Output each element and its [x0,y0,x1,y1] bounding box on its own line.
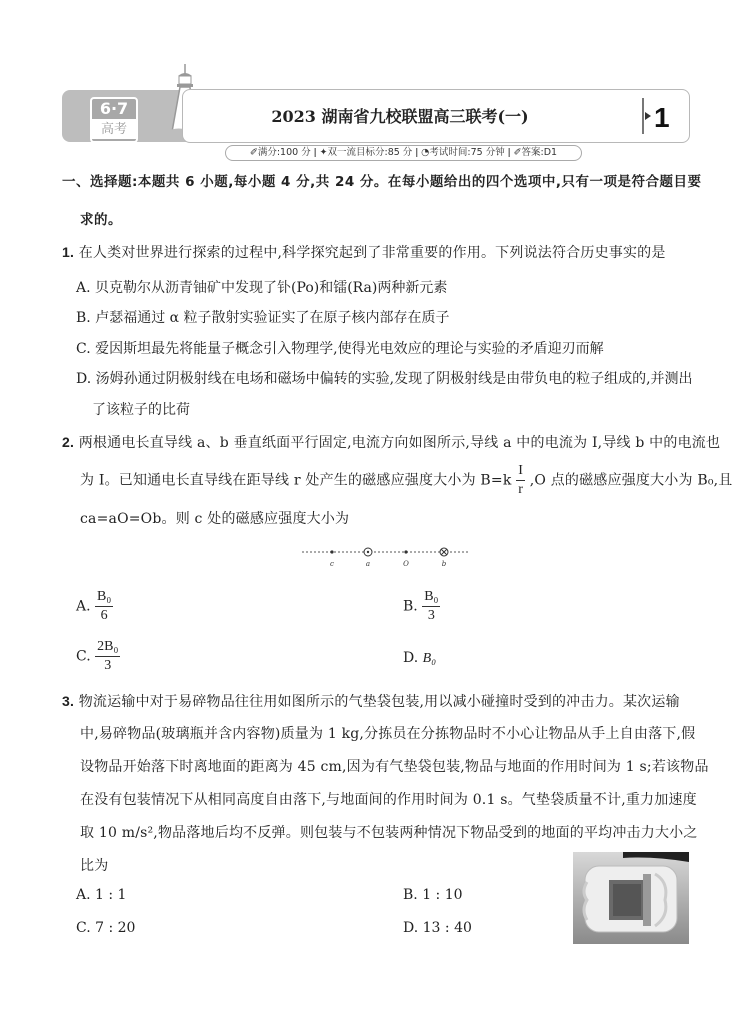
option-label: A. [76,887,91,903]
option-fraction: B₀ 3 [422,588,440,625]
option-text: 卢瑟福通过 α 粒子散射实验证实了在原子核内部存在质子 [95,310,449,326]
section-heading-cont: 求的。 [80,208,122,228]
question-2: 2. 两根通电长直导线 a、b 垂直纸面平行固定,电流方向如图所示,导线 a 中… [62,432,720,452]
option-text: B₀ [423,651,436,666]
arrow-right-icon [645,112,651,120]
logo-badge: 6·7 高考 [90,97,138,143]
q3-option-b[interactable]: B. 1 : 10 [403,887,463,903]
stem-text: ,O 点的磁感应强度大小为 B₀,且 [530,473,733,489]
frac-den: 3 [95,657,120,675]
question-number: 1. [62,244,74,260]
option-label: C. [76,341,91,357]
logo-text: 高考 [92,121,136,139]
option-label: A. [76,280,91,296]
question-3-line5: 取 10 m/s²,物品落地后均不反弹。则包装与不包装两种情况下物品受到的地面的… [80,822,698,842]
option-label: A. [76,599,91,615]
q1-option-b[interactable]: B. 卢瑟福通过 α 粒子散射实验证实了在原子核内部存在质子 [76,307,450,327]
stem-text: 为 I。已知通电长直导线在距导线 r 处产生的磁感应强度大小为 B=k [80,473,512,489]
q1-option-d-cont: 了该粒子的比荷 [92,399,190,419]
option-label: C. [76,920,91,936]
question-3: 3. 物流运输中对于易碎物品往往用如图所示的气垫袋包装,用以减小碰撞时受到的冲击… [62,691,680,711]
question-3-line4: 在没有包装情况下从相同高度自由落下,与地面间的作用时间为 0.1 s。气垫袋质量… [80,789,697,809]
option-text: 爱因斯坦最先将能量子概念引入物理学,使得光电效应的理论与实验的矛盾迎刃而解 [95,341,603,357]
q2-option-a[interactable]: A. B₀ 6 [76,588,113,625]
option-label: B. [403,599,418,615]
q3-option-d[interactable]: D. 13 : 40 [403,920,472,936]
header-divider [642,98,644,134]
q2-option-c[interactable]: C. 2B₀ 3 [76,638,120,675]
frac-num: I [516,462,525,481]
option-fraction: B₀ 6 [95,588,113,625]
q3-option-a[interactable]: A. 1 : 1 [76,887,126,903]
logo-number: 6·7 [92,99,136,121]
frac-den: 3 [422,607,440,625]
option-text: 7 : 20 [95,920,135,936]
question-3-line2: 中,易碎物品(玻璃瓶并含内容物)质量为 1 kg,分拣员在分拣物品时不小心让物品… [80,723,695,743]
frac-den: r [516,481,525,499]
question-stem: 两根通电长直导线 a、b 垂直纸面平行固定,电流方向如图所示,导线 a 中的电流… [79,435,720,451]
diagram-label-O: O [403,560,409,568]
question-2-line2: 为 I。已知通电长直导线在距导线 r 处产生的磁感应强度大小为 B=k I r … [80,462,733,499]
option-label: D. [403,920,418,936]
frac-num: B₀ [422,588,440,607]
question-number: 3. [62,693,74,709]
diagram-label-c: c [330,560,334,568]
question-stem: 在人类对世界进行探索的过程中,科学探究起到了非常重要的作用。下列说法符合历史事实… [79,245,666,261]
option-fraction: 2B₀ 3 [95,638,120,675]
fraction-I-over-r: I r [516,462,525,499]
option-label: D. [403,650,418,666]
page-number: 1 [654,102,670,134]
exam-meta-bar: ✐满分:100 分 ǀ ✦双一流目标分:85 分 ǀ ◔考试时间:75 分钟 ǀ… [225,145,582,161]
diagram-label-a: a [366,560,370,568]
q2-option-d[interactable]: D. B₀ [403,650,436,667]
q2-option-b[interactable]: B. B₀ 3 [403,588,440,625]
question-3-line6: 比为 [80,855,108,875]
frac-num: B₀ [95,588,113,607]
option-label: D. [76,371,91,387]
question-1: 1. 在人类对世界进行探索的过程中,科学探究起到了非常重要的作用。下列说法符合历… [62,242,666,262]
q1-option-a[interactable]: A. 贝克勒尔从沥青铀矿中发现了钋(Po)和镭(Ra)两种新元素 [76,277,447,297]
option-label: C. [76,649,91,665]
air-cushion-bottle-photo [573,852,689,944]
frac-den: 6 [95,607,113,625]
section-heading: 一、选择题:本题共 6 小题,每小题 4 分,共 24 分。在每小题给出的四个选… [62,170,702,190]
option-text: 13 : 40 [423,920,472,936]
question-3-line3: 设物品开始落下时离地面的距离为 45 cm,因为有气垫袋包装,物品与地面的作用时… [80,756,709,776]
option-text: 1 : 1 [95,887,126,903]
q3-option-c[interactable]: C. 7 : 20 [76,920,135,936]
exam-title: 2023 湖南省九校联盟高三联考(一) [230,104,570,127]
question-stem: 物流运输中对于易碎物品往往用如图所示的气垫袋包装,用以减小碰撞时受到的冲击力。某… [79,694,680,710]
option-label: B. [403,887,418,903]
option-text: 1 : 10 [422,887,462,903]
q1-option-d[interactable]: D. 汤姆孙通过阴极射线在电场和磁场中偏转的实验,发现了阴极射线是由带负电的粒子… [76,368,693,388]
option-label: B. [76,310,91,326]
wire-diagram: c a O b [300,540,470,570]
option-text: 汤姆孙通过阴极射线在电场和磁场中偏转的实验,发现了阴极射线是由带负电的粒子组成的… [96,371,693,387]
question-2-line3: ca=aO=Ob。则 c 处的磁感应强度大小为 [80,508,349,528]
q1-option-c[interactable]: C. 爱因斯坦最先将能量子概念引入物理学,使得光电效应的理论与实验的矛盾迎刃而解 [76,338,604,358]
question-number: 2. [62,434,74,450]
frac-num: 2B₀ [95,638,120,657]
diagram-label-b: b [442,560,447,568]
option-text: 贝克勒尔从沥青铀矿中发现了钋(Po)和镭(Ra)两种新元素 [95,280,447,296]
